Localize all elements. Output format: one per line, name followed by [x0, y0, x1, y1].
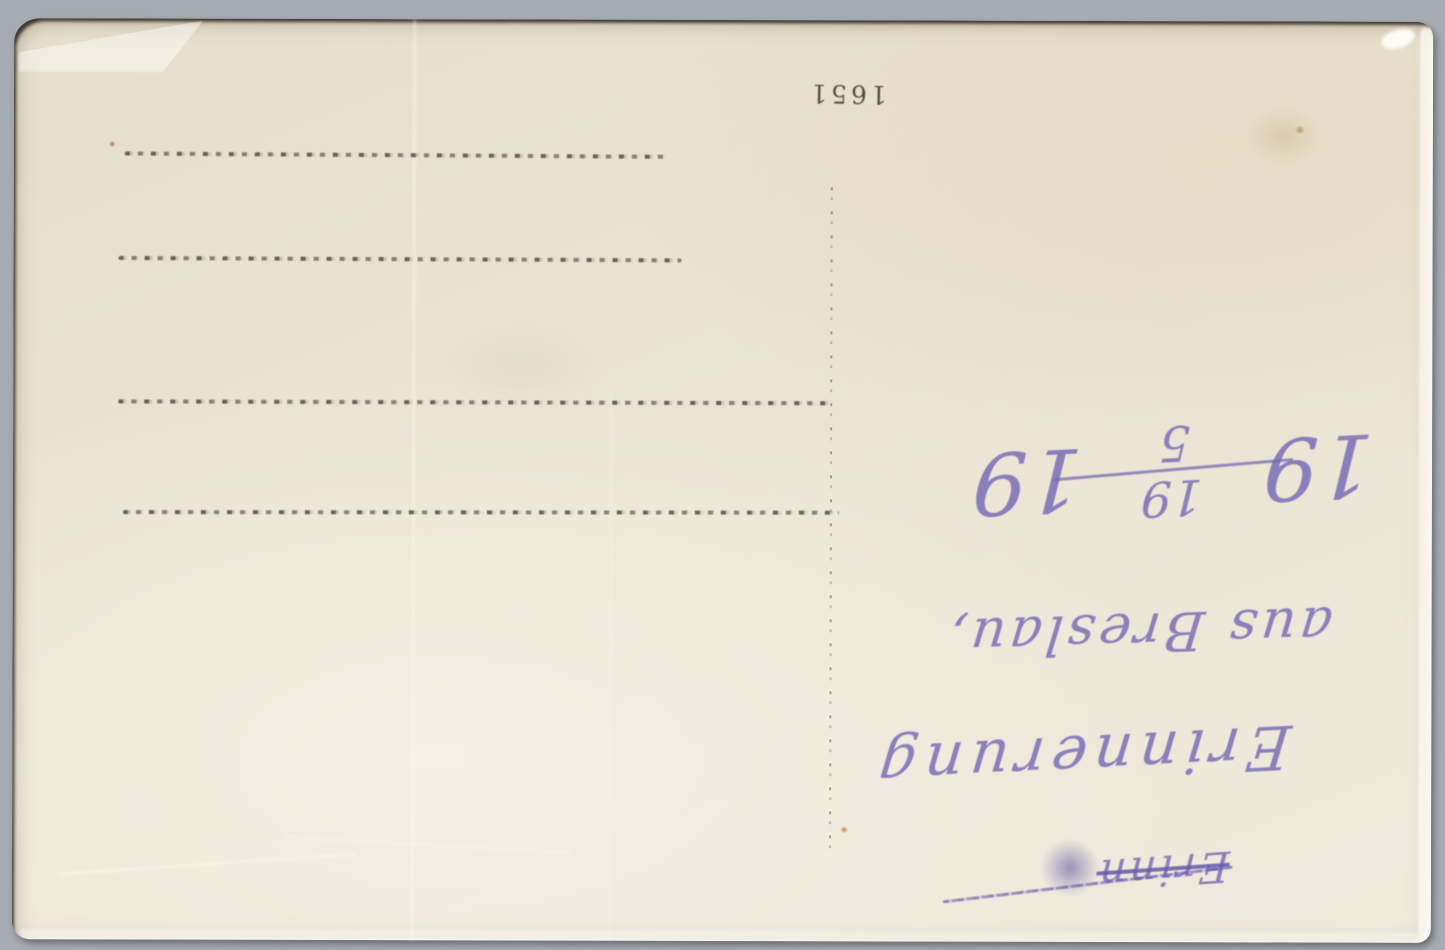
- date-day: 19: [1261, 413, 1376, 519]
- postcard-back: 1651 19 19 5 19 aus Breslau, Erinnerung …: [12, 18, 1433, 943]
- vertical-crease: [609, 388, 612, 941]
- bottom-left-crease: [282, 835, 572, 854]
- date-fraction-bottom: 5: [1158, 418, 1191, 468]
- printed-stock-number: 1651: [792, 77, 903, 111]
- handwriting-date: 19 19 5 19: [994, 375, 1351, 571]
- worn-edge-bottom: [20, 929, 1423, 941]
- stain: [1295, 125, 1305, 134]
- scanner-background: { "colors": { "scanner_background": "#a7…: [0, 0, 1445, 950]
- corner-crease-top-left: [18, 20, 203, 72]
- stain: [109, 140, 116, 147]
- vertical-crease: [411, 19, 416, 940]
- worn-edge-right: [1418, 28, 1431, 937]
- printed-rule-line: [119, 256, 682, 262]
- printed-rule-line: [125, 151, 665, 158]
- date-fraction-top: 19: [1140, 472, 1204, 523]
- bottom-left-crease: [57, 853, 357, 876]
- stain: [443, 319, 603, 409]
- printed-rule-line: [123, 510, 839, 515]
- corner-chip-top-right: [1379, 25, 1417, 53]
- date-year: 19: [970, 428, 1085, 534]
- stain: [1247, 107, 1321, 165]
- printed-rule-line: [118, 399, 832, 405]
- date-fraction: 19 5: [1095, 415, 1251, 526]
